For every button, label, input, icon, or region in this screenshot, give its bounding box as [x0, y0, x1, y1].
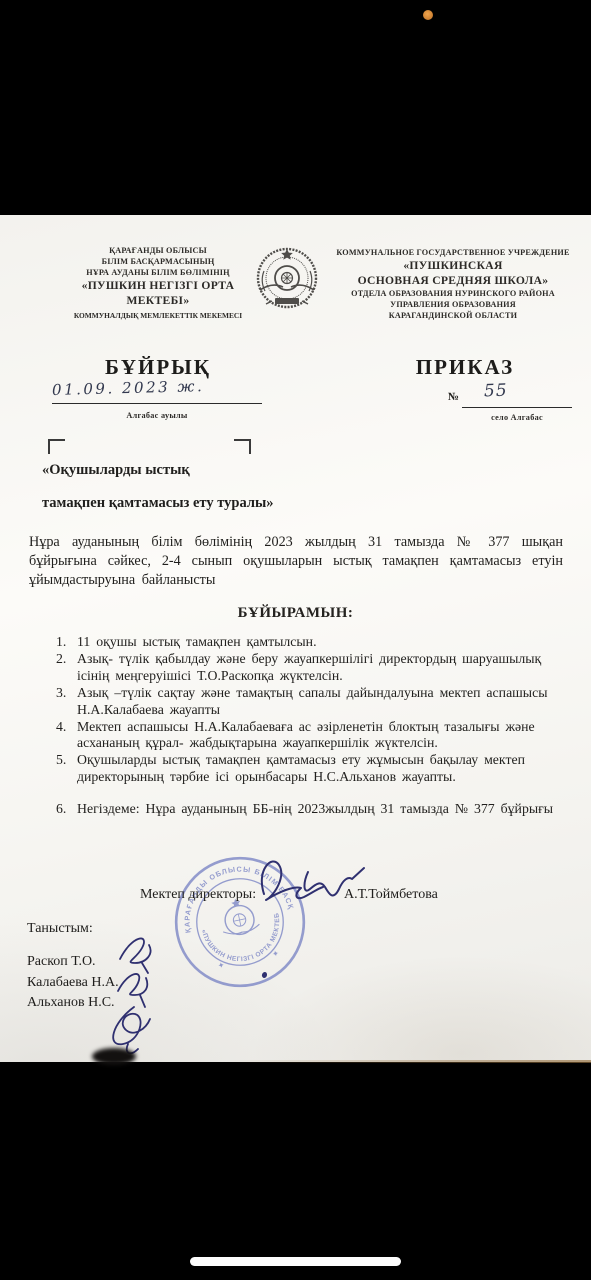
- acknowledged-label: Таныстым:: [27, 921, 93, 937]
- director-name: А.Т.Тоймбетова: [344, 887, 438, 903]
- item-number: 3.: [56, 685, 77, 719]
- item-text: Негіздеме: Нұра ауданының ББ-нің 2023жыл…: [77, 801, 562, 818]
- order-items-list: 1. 11 оқушы ыстық тамақпен қамтылсын. 2.…: [56, 634, 562, 818]
- org-line: УПРАВЛЕНИЯ ОБРАЗОВАНИЯ: [328, 299, 578, 310]
- item-text: Азық- түлік қабылдау және беру жауапкерш…: [77, 651, 562, 685]
- school-name-kk: «ПУШКИН НЕГІЗГІ ОРТА: [58, 278, 258, 293]
- item-text: 11 оқушы ыстық тамақпен қамтылсын.: [77, 634, 562, 651]
- seal-star: ✦: [271, 949, 280, 959]
- item-number: 2.: [56, 651, 77, 685]
- place-kazakh: Алгабас ауылы: [52, 411, 262, 420]
- date-field: 01.09. 2023 ж.: [52, 379, 262, 404]
- item-number: 5.: [56, 752, 77, 786]
- order-item: 4. Мектеп аспашысы Н.А.Калабаеваға ас әз…: [56, 719, 562, 753]
- kazakhstan-coat-of-arms: [252, 241, 322, 311]
- item-number: 1.: [56, 634, 77, 651]
- handwritten-date: 01.09. 2023 ж.: [52, 377, 205, 399]
- corner-bracket-right-icon: [234, 439, 251, 454]
- item-number: 6.: [56, 801, 77, 818]
- org-name-russian: КОММУНАЛЬНОЕ ГОСУДАРСТВЕННОЕ УЧРЕЖДЕНИЕ …: [328, 247, 578, 321]
- coat-of-arms-icon: [252, 241, 322, 311]
- order-item: 2. Азық- түлік қабылдау және беру жауапк…: [56, 651, 562, 685]
- org-line: КАРАГАНДИНСКОЙ ОБЛАСТИ: [328, 310, 578, 321]
- order-title-russian: ПРИКАЗ: [385, 355, 545, 380]
- order-number-field: № 55: [462, 381, 572, 408]
- item-text: Оқушыларды ыстық тамақпен қамтамасыз ету…: [77, 752, 562, 786]
- number-sign: №: [448, 391, 459, 403]
- shadow-blob: [92, 1048, 136, 1065]
- school-name-kk: МЕКТЕБІ»: [58, 293, 258, 308]
- photo-viewer-background: ҚАРАҒАНДЫ ОБЛЫСЫ БІЛІМ БАСҚАРМАСЫНЫҢ НҰР…: [0, 0, 591, 1280]
- school-name-ru: ОСНОВНАЯ СРЕДНЯЯ ШКОЛА»: [328, 273, 578, 288]
- acknowledgement-signatures: [90, 927, 190, 1059]
- order-item: 3. Азық –түлік сақтау және тамақтың сапа…: [56, 685, 562, 719]
- order-item: 6. Негіздеме: Нұра ауданының ББ-нің 2023…: [56, 801, 562, 818]
- org-line: КОММУНАЛЬНОЕ ГОСУДАРСТВЕННОЕ УЧРЕЖДЕНИЕ: [328, 247, 578, 258]
- item-text: Мектеп аспашысы Н.А.Калабаеваға ас әзірл…: [77, 719, 562, 753]
- director-label: Мектеп директоры:: [140, 887, 256, 903]
- corner-bracket-left-icon: [48, 439, 65, 454]
- order-item: 1. 11 оқушы ыстық тамақпен қамтылсын.: [56, 634, 562, 651]
- order-subject: «Оқушыларды ыстық тамақпен қамтамасыз ет…: [42, 454, 342, 520]
- handwritten-order-number: 55: [484, 381, 508, 402]
- order-title-kazakh: БҰЙРЫҚ: [58, 355, 258, 380]
- document-photo[interactable]: ҚАРАҒАНДЫ ОБЛЫСЫ БІЛІМ БАСҚАРМАСЫНЫҢ НҰР…: [0, 215, 591, 1062]
- org-line: БІЛІМ БАСҚАРМАСЫНЫҢ: [58, 256, 258, 267]
- order-item: 5. Оқушыларды ыстық тамақпен қамтамасыз …: [56, 752, 562, 786]
- place-russian: село Алгабас: [462, 413, 572, 422]
- home-indicator[interactable]: [190, 1257, 401, 1266]
- paper-edge: [225, 1060, 591, 1063]
- resolution-heading: БҰЙЫРАМЫН:: [0, 605, 591, 622]
- org-line: НҰРА АУДАНЫ БІЛІМ БӨЛІМІНІҢ: [58, 267, 258, 278]
- org-line: ОТДЕЛА ОБРАЗОВАНИЯ НУРИНСКОГО РАЙОНА: [328, 288, 578, 299]
- intro-paragraph: Нұра ауданының білім бөлімінің 2023 жылд…: [29, 533, 563, 589]
- org-line: КОММУНАЛДЫҚ МЕМЛЕКЕТТІК МЕКЕМЕСІ: [58, 310, 258, 322]
- school-name-ru: «ПУШКИНСКАЯ: [328, 258, 578, 273]
- subject-line: тамақпен қамтамасыз ету туралы»: [42, 487, 342, 520]
- recording-dot-icon: [423, 10, 433, 20]
- item-text: Азық –түлік сақтау және тамақтың сапалы …: [77, 685, 562, 719]
- subject-line: «Оқушыларды ыстық: [42, 454, 342, 487]
- org-name-kazakh: ҚАРАҒАНДЫ ОБЛЫСЫ БІЛІМ БАСҚАРМАСЫНЫҢ НҰР…: [58, 245, 258, 322]
- org-line: ҚАРАҒАНДЫ ОБЛЫСЫ: [58, 245, 258, 256]
- item-number: 4.: [56, 719, 77, 753]
